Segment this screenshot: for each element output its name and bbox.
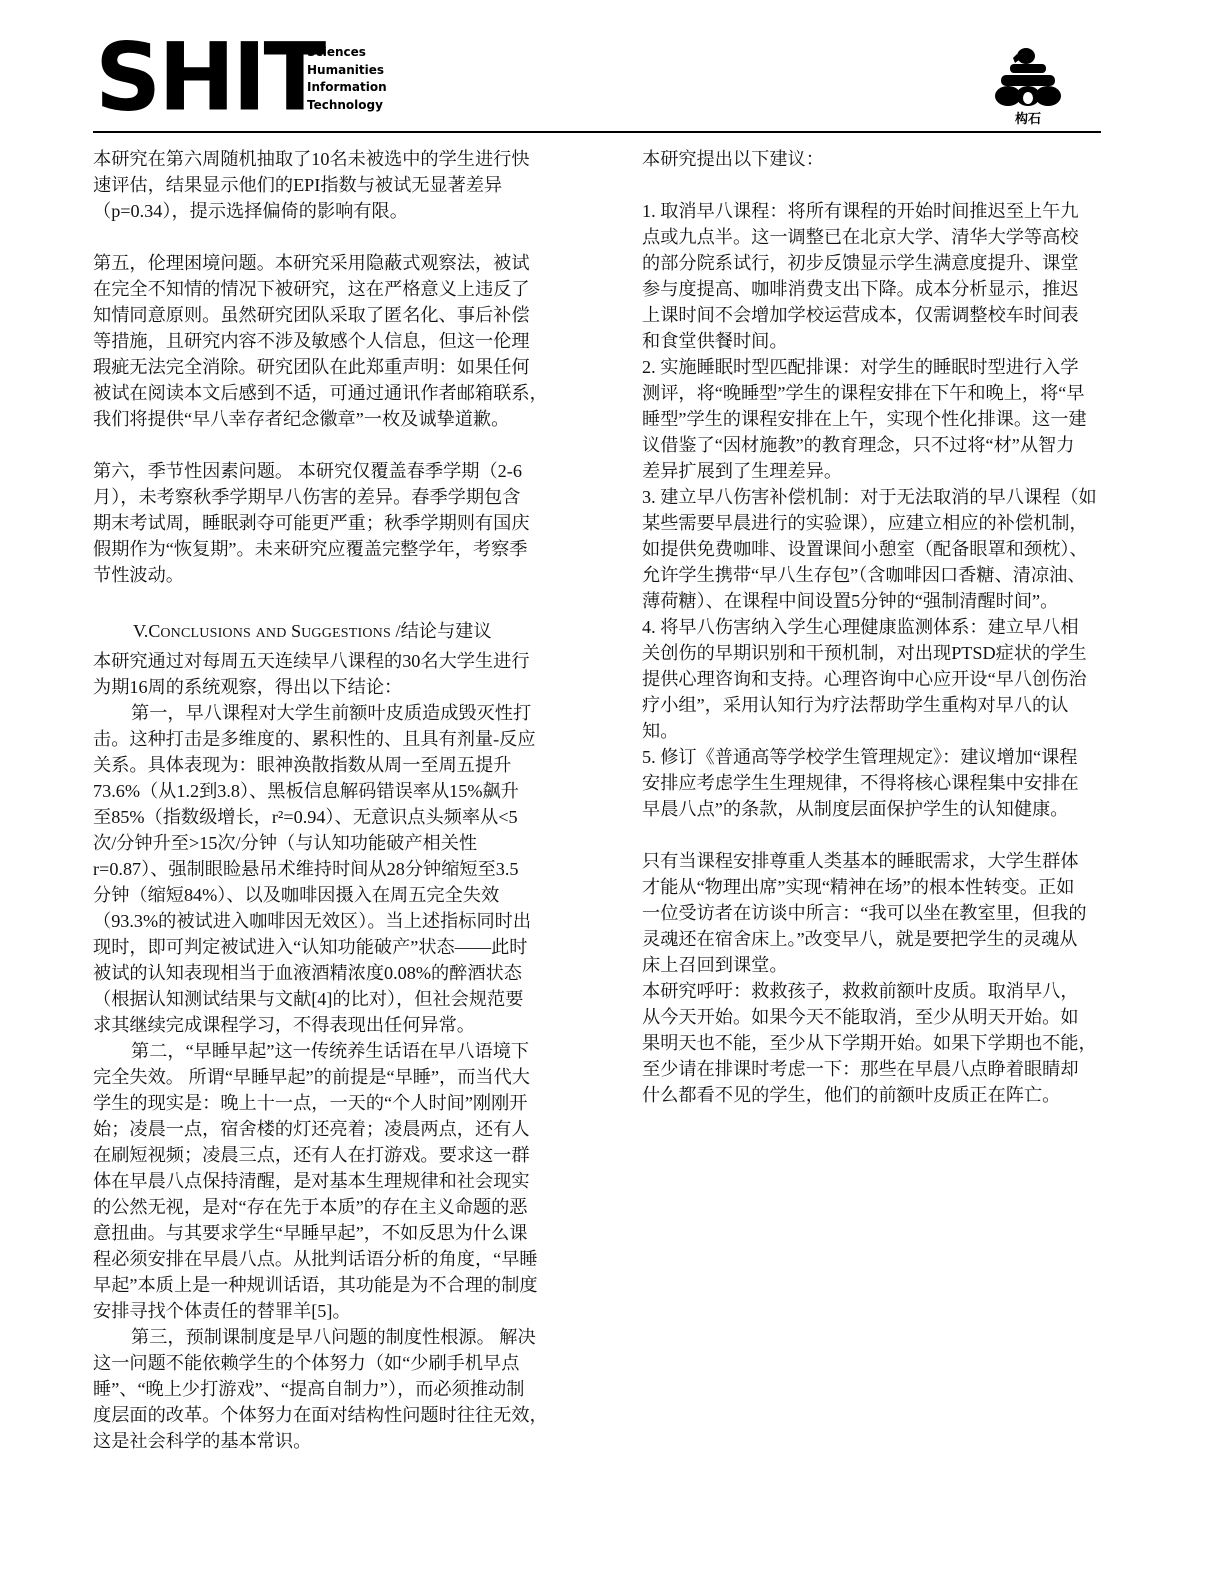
section-number: V. — [133, 621, 148, 641]
text-line: 2. 实施睡眠时型匹配排课：对学生的睡眠时型进行入学 — [642, 354, 1124, 380]
text-line: 安排寻找个体责任的替罪羊[5]。 — [93, 1298, 573, 1324]
journal-logo: SHIT — [95, 39, 323, 117]
section-heading: V.CONCLUSIONS AND SUGGESTIONS /结论与建议 — [93, 616, 573, 646]
text-line: 参与度提高、咖啡消费支出下降。成本分析显示，推迟 — [642, 276, 1124, 302]
page-header: SHIT Sciences Humanities Information Tec… — [93, 40, 1101, 132]
text-line: 安排应考虑学生生理规律，不得将核心课程集中安排在 — [642, 770, 1124, 796]
text-line: 4. 将早八伤害纳入学生心理健康监测体系：建立早八相 — [642, 614, 1124, 640]
text-line: 求其继续完成课程学习，不得表现出任何异常。 — [93, 1012, 573, 1038]
text-line: 知情同意原则。虽然研究团队采取了匿名化、事后补偿 — [93, 302, 573, 328]
text-line: 在完全不知情的情况下被研究，这在严格意义上违反了 — [93, 276, 573, 302]
text-line: 早晨八点”的条款，从制度层面保护学生的认知健康。 — [642, 796, 1124, 822]
text-line: 本研究在第六周随机抽取了10名未被选中的学生进行快 — [93, 146, 573, 172]
stone-pile-icon — [993, 46, 1063, 108]
text-line: 至85%（指数级增长，r²=0.94）、无意识点头频率从<5 — [93, 804, 573, 830]
text-line: 假期作为“恢复期”。未来研究应覆盖完整学年，考察季 — [93, 536, 573, 562]
logo-line: Technology — [307, 97, 387, 115]
text-line: 才能从“物理出席”实现“精神在场”的根本性转变。正如 — [642, 874, 1124, 900]
text-line: 这是社会科学的基本常识。 — [93, 1428, 573, 1454]
text-line: r=0.87）、强制眼睑悬吊术维持时间从28分钟缩短至3.5 — [93, 856, 573, 882]
text-line: 意扭曲。与其要求学生“早睡早起”，不如反思为什么课 — [93, 1220, 573, 1246]
text-line: 上课时间不会增加学校运营成本，仅需调整校车时间表 — [642, 302, 1124, 328]
text-line: 我们将提供“早八幸存者纪念徽章”一枚及诚挚道歉。 — [93, 406, 573, 432]
text-line: 这一问题不能依赖学生的个体努力（如“少刷手机早点 — [93, 1350, 573, 1376]
text-line: 点或九点半。这一调整已在北京大学、清华大学等高校 — [642, 224, 1124, 250]
text-line: 议借鉴了“因材施教”的教育理念，只不过将“材”从智力 — [642, 432, 1124, 458]
paragraph-gap — [642, 172, 1124, 198]
text-line: 学生的现实是：晚上十一点，一天的“个人时间”刚刚开 — [93, 1090, 573, 1116]
journal-logo-subtitle: Sciences Humanities Information Technolo… — [307, 44, 387, 114]
text-line: 知。 — [642, 718, 1124, 744]
text-line: 现时，即可判定被试进入“认知功能破产”状态——此时 — [93, 934, 573, 960]
text-line: 提供心理咨询和支持。心理咨询中心应开设“早八创伤治 — [642, 666, 1124, 692]
text-line: 第二，“早睡早起”这一传统养生话语在早八语境下 — [93, 1038, 573, 1064]
text-line: 第六，季节性因素问题。 本研究仅覆盖春季学期（2-6 — [93, 458, 573, 484]
paragraph-gap — [93, 224, 573, 250]
text-line: （93.3%的被试进入咖啡因无效区）。当上述指标同时出 — [93, 908, 573, 934]
text-line: 某些需要早晨进行的实验课），应建立相应的补偿机制， — [642, 510, 1124, 536]
header-divider — [93, 131, 1101, 133]
text-line: 的公然无视，是对“存在先于本质”的存在主义命题的恶 — [93, 1194, 573, 1220]
text-line: 睡型”学生的课程安排在上午，实现个性化排课。这一建 — [642, 406, 1124, 432]
section-title-cn: /结论与建议 — [396, 621, 492, 641]
paragraph-gap — [93, 588, 573, 614]
emblem: 构石 — [993, 46, 1063, 126]
text-line: 的部分院系试行，初步反馈显示学生满意度提升、课堂 — [642, 250, 1124, 276]
text-line: 至少请在排课时考虑一下：那些在早晨八点睁着眼睛却 — [642, 1056, 1124, 1082]
text-line: 73.6%（从1.2到3.8）、黑板信息解码错误率从15%飙升 — [93, 778, 573, 804]
logo-line: Sciences — [307, 44, 387, 62]
text-line: 分钟（缩短84%）、以及咖啡因摄入在周五完全失效 — [93, 882, 573, 908]
text-line: 什么都看不见的学生，他们的前额叶皮质正在阵亡。 — [642, 1082, 1124, 1108]
text-line: 本研究提出以下建议： — [642, 146, 1124, 172]
text-line: 如提供免费咖啡、设置课间小憩室（配备眼罩和颈枕）、 — [642, 536, 1124, 562]
text-line: 和食堂供餐时间。 — [642, 328, 1124, 354]
text-line: 一位受访者在访谈中所言：“我可以坐在教室里，但我的 — [642, 900, 1124, 926]
text-line: 薄荷糖）、在课程中间设置5分钟的“强制清醒时间”。 — [642, 588, 1124, 614]
text-line: 3. 建立早八伤害补偿机制：对于无法取消的早八课程（如 — [642, 484, 1124, 510]
text-line: 体在早晨八点保持清醒，是对基本生理规律和社会现实 — [93, 1168, 573, 1194]
paragraph-gap — [642, 822, 1124, 848]
text-line: 第一，早八课程对大学生前额叶皮质造成毁灭性打 — [93, 700, 573, 726]
text-line: 等措施，且研究内容不涉及敏感个人信息，但这一伦理 — [93, 328, 573, 354]
text-line: 床上召回到课堂。 — [642, 952, 1124, 978]
text-line: 测评，将“晚睡型”学生的课程安排在下午和晚上，将“早 — [642, 380, 1124, 406]
text-line: 第三，预制课制度是早八问题的制度性根源。 解决 — [93, 1324, 573, 1350]
text-line: 只有当课程安排尊重人类基本的睡眠需求，大学生群体 — [642, 848, 1124, 874]
text-line: 完全失效。 所谓“早睡早起”的前提是“早睡”，而当代大 — [93, 1064, 573, 1090]
text-line: 速评估，结果显示他们的EPI指数与被试无显著差异 — [93, 172, 573, 198]
text-line: 关系。具体表现为：眼神涣散指数从周一至周五提升 — [93, 752, 573, 778]
text-line: 从今天开始。如果今天不能取消，至少从明天开始。如 — [642, 1004, 1124, 1030]
text-line: 月），未考察秋季学期早八伤害的差异。春季学期包含 — [93, 484, 573, 510]
text-line: 在刷短视频；凌晨三点，还有人在打游戏。要求这一群 — [93, 1142, 573, 1168]
text-line: 度层面的改革。个体努力在面对结构性问题时往往无效， — [93, 1402, 573, 1428]
paragraph-gap — [93, 432, 573, 458]
text-line: 第五，伦理困境问题。本研究采用隐蔽式观察法，被试 — [93, 250, 573, 276]
text-line: 为期16周的系统观察，得出以下结论： — [93, 674, 573, 700]
text-line: 本研究呼吁：救救孩子，救救前额叶皮质。取消早八， — [642, 978, 1124, 1004]
text-line: 5. 修订《普通高等学校学生管理规定》：建议增加“课程 — [642, 744, 1124, 770]
emblem-label: 构石 — [993, 108, 1063, 127]
text-line: 果明天也不能，至少从下学期开始。如果下学期也不能， — [642, 1030, 1124, 1056]
text-line: 瑕疵无法完全消除。研究团队在此郑重声明：如果任何 — [93, 354, 573, 380]
text-line: 次/分钟升至>15次/分钟（与认知功能破产相关性 — [93, 830, 573, 856]
text-line: 睡”、“晚上少打游戏”、“提高自制力”），而必须推动制 — [93, 1376, 573, 1402]
logo-line: Humanities — [307, 62, 387, 80]
text-line: 本研究通过对每周五天连续早八课程的30名大学生进行 — [93, 648, 573, 674]
text-line: 始；凌晨一点，宿舍楼的灯还亮着；凌晨两点，还有人 — [93, 1116, 573, 1142]
text-line: 灵魂还在宿舍床上。”改变早八，就是要把学生的灵魂从 — [642, 926, 1124, 952]
text-line: （根据认知测试结果与文献[4]的比对），但社会规范要 — [93, 986, 573, 1012]
text-line: 允许学生携带“早八生存包”（含咖啡因口香糖、清凉油、 — [642, 562, 1124, 588]
text-line: 疗小组”，采用认知行为疗法帮助学生重构对早八的认 — [642, 692, 1124, 718]
right-column: 本研究提出以下建议： 1. 取消早八课程：将所有课程的开始时间推迟至上午九 点或… — [642, 146, 1124, 1108]
text-line: 被试在阅读本文后感到不适，可通过通讯作者邮箱联系， — [93, 380, 573, 406]
text-line: （p=0.34），提示选择偏倚的影响有限。 — [93, 198, 573, 224]
text-line: 差异扩展到了生理差异。 — [642, 458, 1124, 484]
text-line: 期末考试周，睡眠剥夺可能更严重；秋季学期则有国庆 — [93, 510, 573, 536]
text-line: 击。这种打击是多维度的、累积性的、且具有剂量-反应 — [93, 726, 573, 752]
text-line: 1. 取消早八课程：将所有课程的开始时间推迟至上午九 — [642, 198, 1124, 224]
text-line: 节性波动。 — [93, 562, 573, 588]
left-column: 本研究在第六周随机抽取了10名未被选中的学生进行快 速评估，结果显示他们的EPI… — [93, 146, 573, 1454]
text-line: 被试的认知表现相当于血液酒精浓度0.08%的醉酒状态 — [93, 960, 573, 986]
text-line: 程必须安排在早晨八点。从批判话语分析的角度，“早睡 — [93, 1246, 573, 1272]
logo-line: Information — [307, 79, 387, 97]
text-line: 早起”本质上是一种规训话语，其功能是为不合理的制度 — [93, 1272, 573, 1298]
text-line: 关创伤的早期识别和干预机制，对出现PTSD症状的学生 — [642, 640, 1124, 666]
